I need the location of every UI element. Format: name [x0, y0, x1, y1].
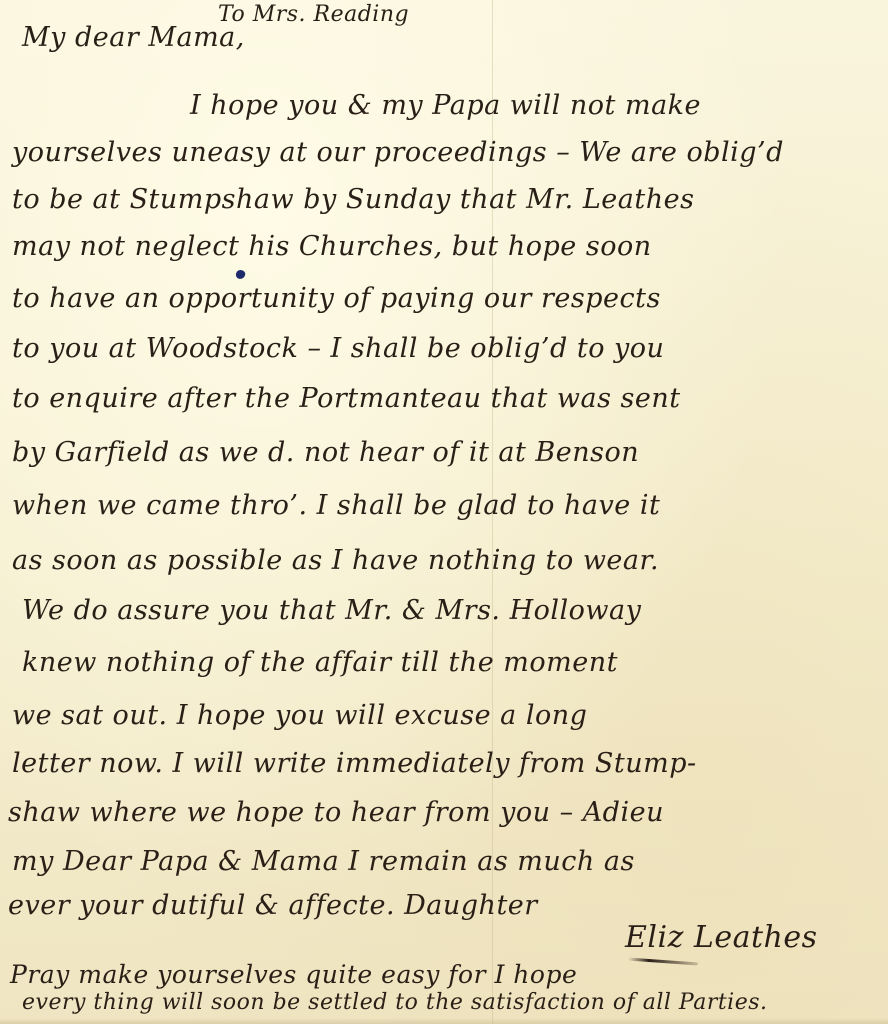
letter-line: my Dear Papa & Mama I remain as much as	[12, 846, 635, 877]
letter-line: yourselves uneasy at our proceedings – W…	[12, 137, 784, 168]
salutation: My dear Mama,	[22, 22, 245, 53]
addressee-note: To Mrs. Reading	[218, 2, 409, 27]
letter-line: We do assure you that Mr. & Mrs. Hollowa…	[22, 595, 641, 626]
letter-line: as soon as possible as I have nothing to…	[12, 545, 659, 576]
signature: Eliz Leathes	[625, 920, 818, 955]
letter-line: to you at Woodstock – I shall be oblig’d…	[12, 333, 664, 364]
letter-line: I hope you & my Papa will not make	[190, 90, 701, 121]
letter-line: letter now. I will write immediately fro…	[12, 748, 697, 779]
postscript-line: every thing will soon be settled to the …	[22, 990, 768, 1015]
letter-line: when we came thro’. I shall be glad to h…	[12, 490, 660, 521]
letter-line: shaw where we hope to hear from you – Ad…	[8, 797, 664, 828]
letter-line: to have an opportunity of paying our res…	[12, 283, 661, 314]
letter-line: to be at Stumpshaw by Sunday that Mr. Le…	[12, 184, 694, 215]
letter-line: knew nothing of the affair till the mome…	[22, 647, 618, 678]
postscript-line: Pray make yourselves quite easy for I ho…	[10, 960, 577, 989]
letter-line: we sat out. I hope you will excuse a lon…	[12, 700, 587, 731]
letter-line: may not neglect his Churches, but hope s…	[12, 231, 652, 262]
paper-bottom-edge	[0, 1018, 888, 1024]
letter-line: to enquire after the Portmanteau that wa…	[12, 383, 681, 414]
letter-line: by Garfield as we d. not hear of it at B…	[12, 437, 639, 468]
letter-line: ever your dutiful & affecte. Daughter	[8, 890, 538, 921]
